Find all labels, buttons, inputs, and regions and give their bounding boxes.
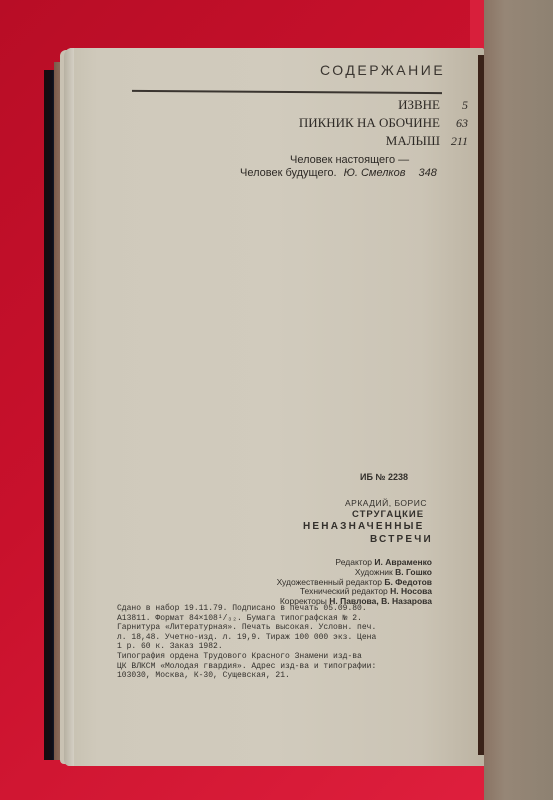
- credit-name: Б. Федотов: [384, 577, 432, 587]
- book-gutter: [478, 55, 484, 755]
- toc-entry: ПИКНИК НА ОБОЧИНЕ 63: [140, 115, 468, 131]
- credit-role: Художественный редактор: [277, 577, 382, 587]
- ib-number: ИБ № 2238: [360, 472, 408, 482]
- toc-entry: ИЗВНЕ 5: [140, 97, 468, 113]
- credit-name: Н. Носова: [390, 586, 432, 596]
- credit-name: В. Гошко: [395, 567, 432, 577]
- toc-entry-page: 5: [440, 98, 468, 113]
- printing-line: 103030, Москва, К-30, Сущевская, 21.: [117, 671, 433, 681]
- printing-house-details: Типография ордена Трудового Красного Зна…: [117, 652, 433, 681]
- publication-line: А13811. Формат 84×108¹/₃₂. Бумага типогр…: [117, 614, 433, 624]
- credit-role: Художник: [355, 567, 393, 577]
- toc-afterword-title: Человек будущего.: [240, 167, 337, 179]
- toc-afterword-page: 348: [419, 167, 437, 179]
- credit-name: И. Авраменко: [374, 557, 432, 567]
- author-surname: СТРУГАЦКИЕ: [352, 509, 424, 520]
- toc-afterword-line2: Человек будущего. Ю. Смелков 348: [240, 167, 437, 179]
- publication-line: Гарнитура «Литературная». Печать высокая…: [117, 623, 433, 633]
- publication-line: 1 р. 60 к. Заказ 1982.: [117, 642, 433, 652]
- toc-entry-title: ПИКНИК НА ОБОЧИНЕ: [140, 115, 440, 131]
- printing-line: ЦК ВЛКСМ «Молодая гвардия». Адрес изд-ва…: [117, 662, 433, 672]
- page-edge: [64, 48, 74, 766]
- printing-line: Типография ордена Трудового Красного Зна…: [117, 652, 433, 662]
- credit-role: Редактор: [335, 557, 372, 567]
- toc-entry-page: 211: [440, 134, 468, 149]
- toc-entry-title: МАЛЫШ: [140, 133, 440, 149]
- toc-entry: МАЛЫШ 211: [140, 133, 468, 149]
- toc-header: СОДЕРЖАНИЕ: [320, 62, 445, 78]
- toc-afterword-author: Ю. Смелков: [344, 167, 406, 179]
- publication-line: Сдано в набор 19.11.79. Подписано в печа…: [117, 604, 433, 614]
- credit-role: Технический редактор: [300, 586, 388, 596]
- toc-afterword-line1: Человек настоящего —: [290, 154, 409, 166]
- book-title-line2: ВСТРЕЧИ: [370, 534, 433, 545]
- toc-entry-page: 63: [440, 116, 468, 131]
- author-first-names: АРКАДИЙ, БОРИС: [345, 498, 427, 508]
- credits-block: Редактор И. Авраменко Художник В. Гошко …: [170, 558, 432, 607]
- facing-page: [484, 0, 553, 800]
- publication-details: Сдано в набор 19.11.79. Подписано в печа…: [117, 604, 433, 652]
- publication-line: л. 18,48. Учетно-изд. л. 19,9. Тираж 100…: [117, 633, 433, 643]
- toc-entry-title: ИЗВНЕ: [140, 97, 440, 113]
- book-title-line1: НЕНАЗНАЧЕННЫЕ: [303, 521, 424, 532]
